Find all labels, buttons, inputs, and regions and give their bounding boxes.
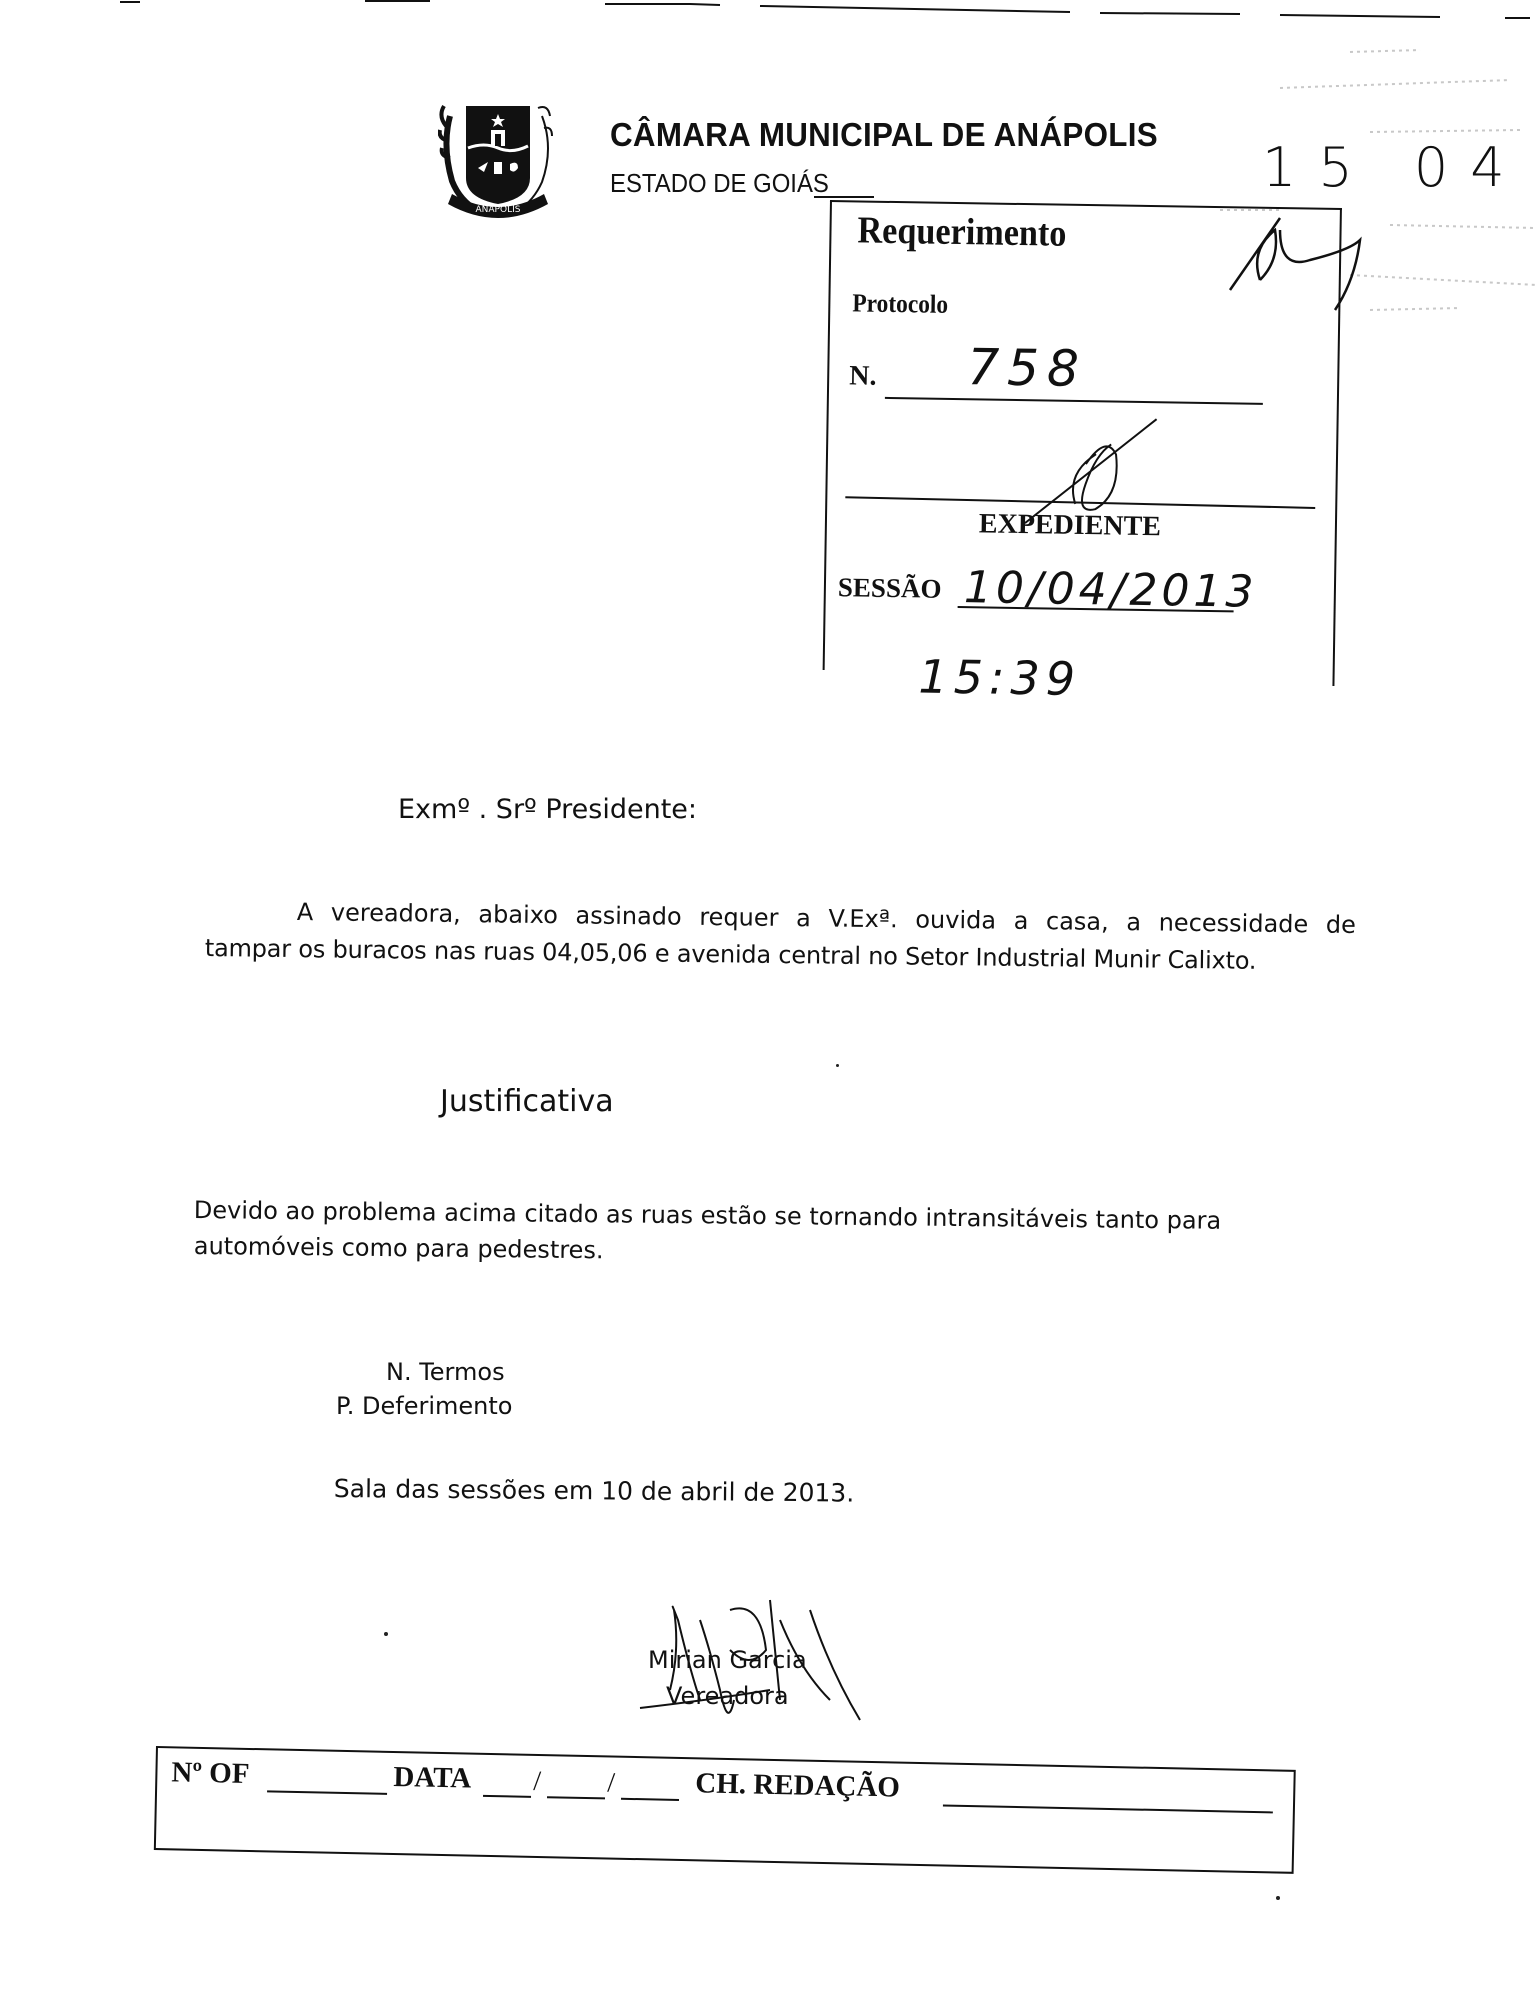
rubric-signature-icon [1220,210,1410,320]
redaction-label: CH. REDAÇÃO [695,1767,900,1804]
institution-name: CÂMARA MUNICIPAL DE ANÁPOLIS [610,116,1158,154]
redaction-field[interactable] [943,1804,1273,1813]
date-separator: / [533,1766,541,1798]
svg-text:ANÁPOLIS: ANÁPOLIS [476,203,521,215]
justification-paragraph-line: automóveis como para pedestres. [194,1232,604,1264]
session-time: 15:39 [918,649,1081,706]
date-year-field[interactable] [621,1798,679,1801]
date-month-field[interactable] [547,1796,605,1799]
request-paragraph-line: A vereadora, abaixo assinado requer a V.… [297,898,1356,939]
place-date: Sala das sessões em 10 de abril de 2013. [334,1474,855,1508]
initials-signature-icon [1015,413,1167,535]
closing-line: N. Termos [386,1358,505,1386]
justification-paragraph-line: Devido ao problema acima citado as ruas … [194,1196,1222,1235]
scan-speck [384,1632,388,1636]
date-label: DATA [393,1761,472,1796]
office-form-box: Nº OF DATA / / CH. REDAÇÃO [154,1746,1296,1874]
justification-title: Justificativa [440,1084,614,1119]
scan-edge-artifact [0,0,1536,30]
closing-line: P. Deferimento [336,1392,512,1420]
municipal-coat-of-arms-icon: ANÁPOLIS [438,86,558,226]
stamp-title: Requerimento [857,208,1067,255]
salutation: Exmº . Srº Presidente: [398,794,697,825]
date-separator: / [607,1767,615,1799]
number-underline [885,397,1263,405]
signatory-role: Vereadora [666,1682,789,1710]
session-date: 10/04/2013 [964,562,1258,618]
stamp-border [823,200,832,670]
number-label: N. [849,360,877,392]
office-number-field[interactable] [267,1790,387,1795]
protocol-number: 758 [967,338,1087,398]
session-label: SESSÃO [838,572,942,605]
scan-speck [1276,1896,1280,1900]
protocol-label: Protocolo [852,288,948,320]
date-day-field[interactable] [483,1795,531,1798]
signatory-name: Mirian Garcia [648,1646,807,1674]
request-paragraph-line: tampar os buracos nas ruas 04,05,06 e av… [205,934,1257,975]
scan-speck [836,1064,839,1067]
office-number-label: Nº OF [171,1756,250,1791]
header-underline [814,196,874,198]
state-name: ESTADO DE GOIÁS [610,168,829,199]
